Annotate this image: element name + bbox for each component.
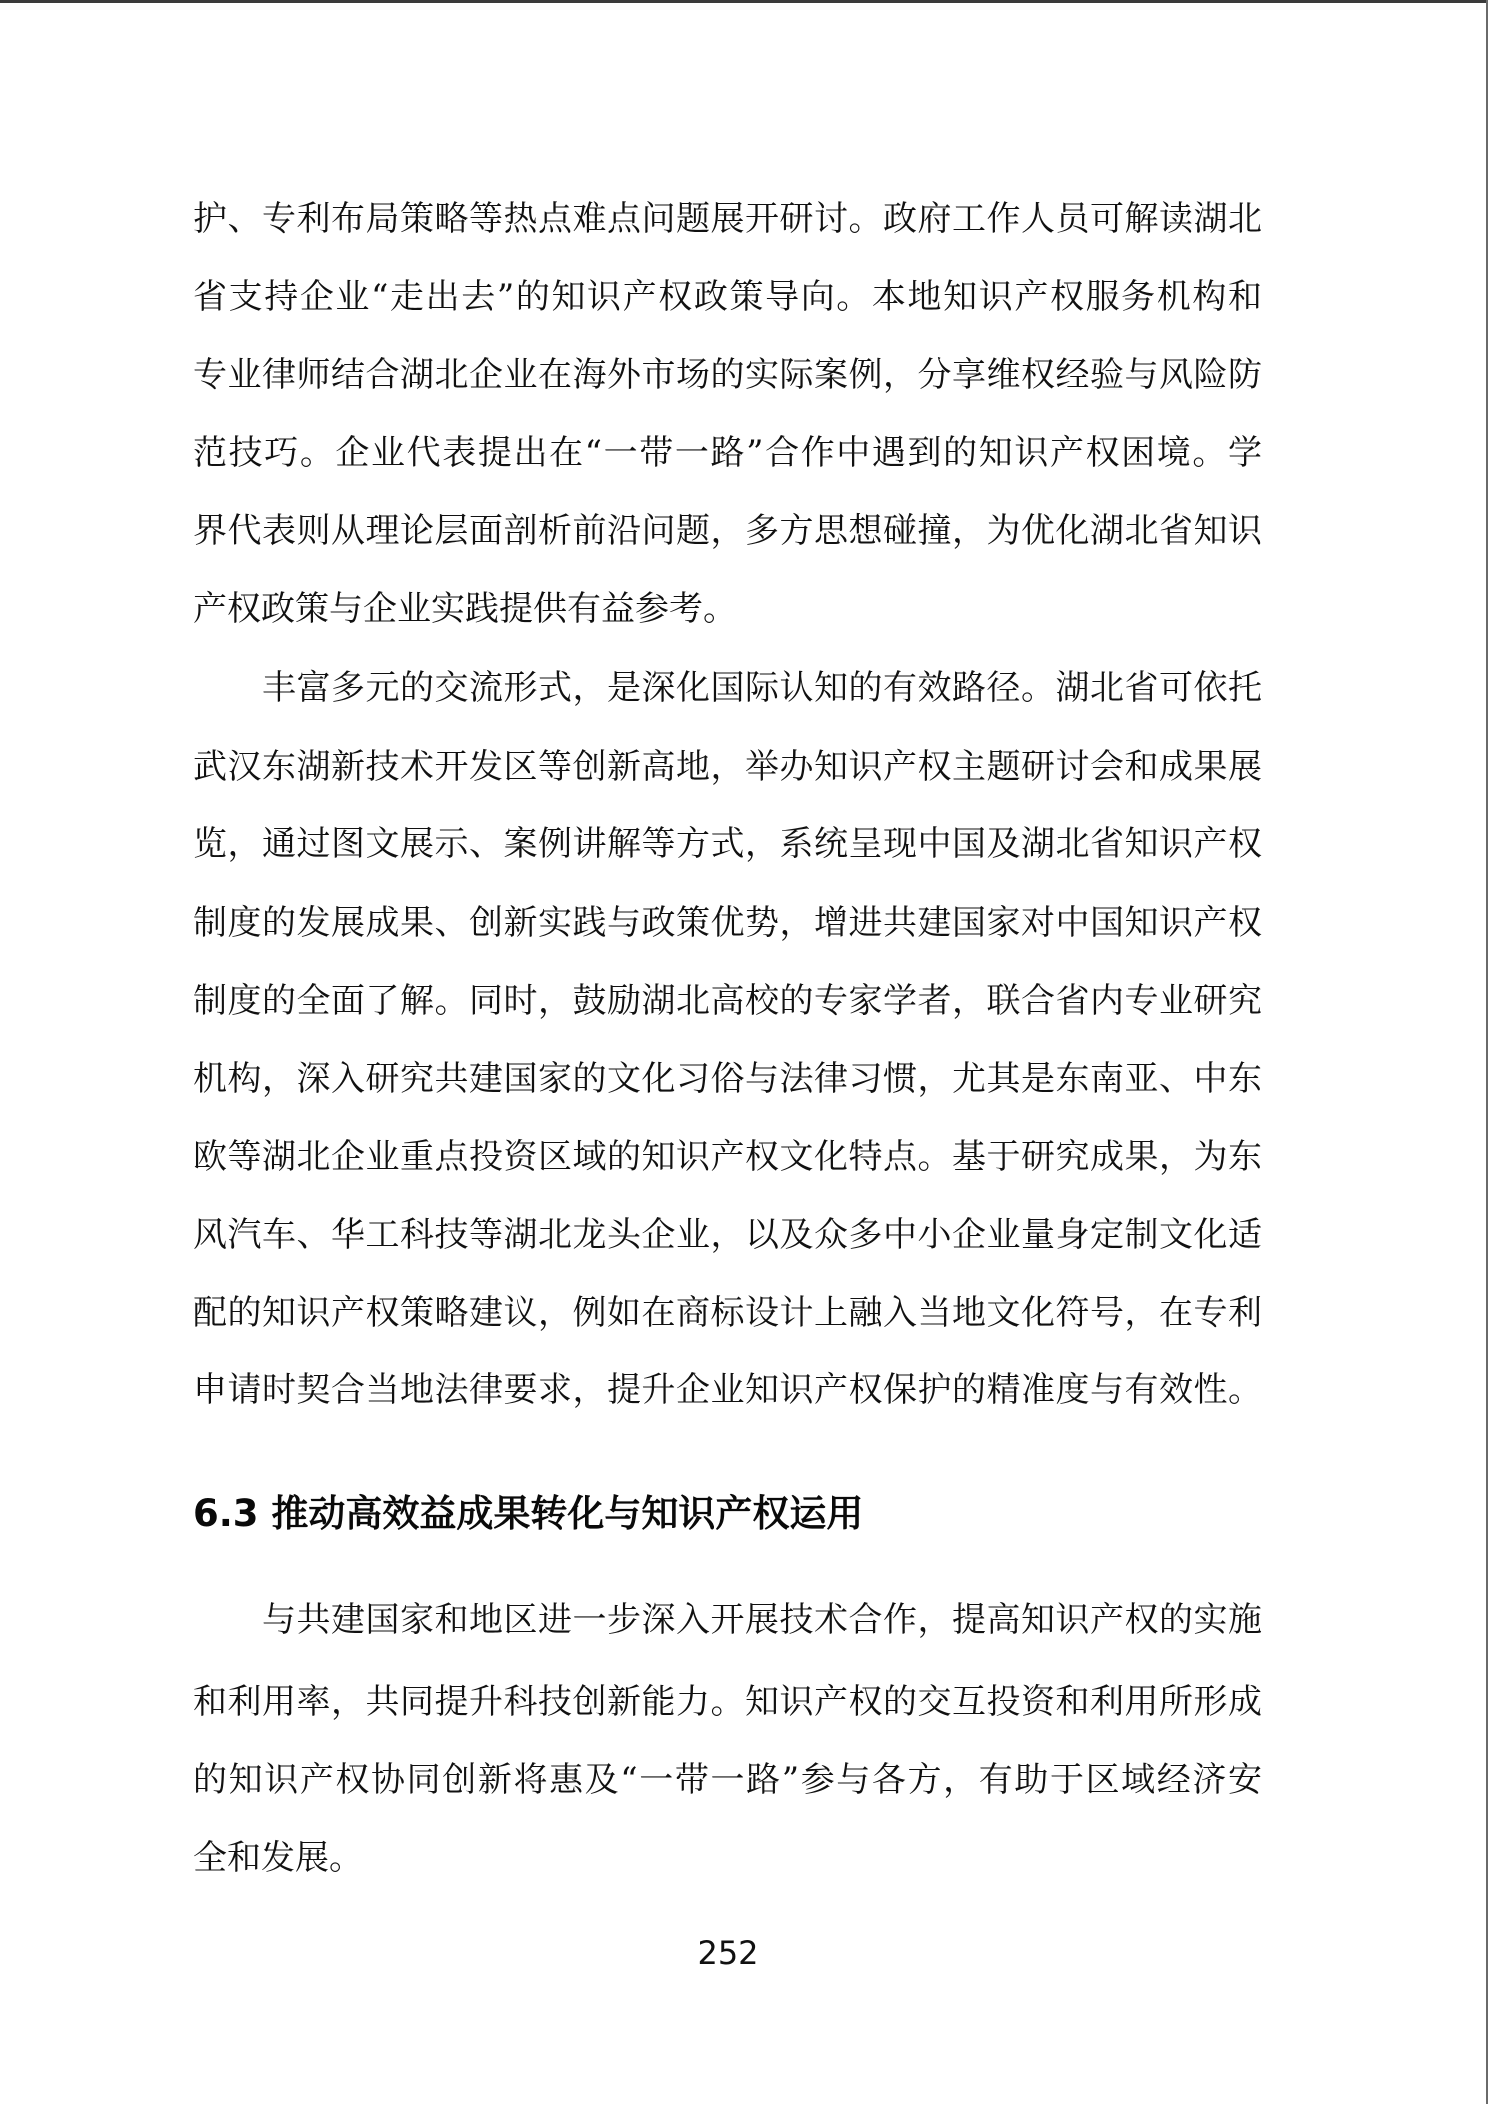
page-top-border: [0, 0, 1488, 3]
text-line: 全和发展。: [193, 1838, 363, 1878]
text-line: 和利用率，共同提升科技创新能力。知识产权的交互投资和利用所形成: [193, 1682, 1262, 1722]
text-line: 丰富多元的交流形式，是深化国际认知的有效路径。湖北省可依托: [262, 668, 1262, 708]
text-line: 产权政策与企业实践提供有益参考。: [193, 589, 737, 629]
text-line: 制度的发展成果、创新实践与政策优势，增进共建国家对中国知识产权: [193, 903, 1262, 943]
text-line: 配的知识产权策略建议，例如在商标设计上融入当地文化符号，在专利: [193, 1293, 1262, 1333]
text-line: 的知识产权协同创新将惠及“一带一路”参与各方，有助于区域经济安: [193, 1760, 1262, 1800]
text-line: 护、专利布局策略等热点难点问题展开研讨。政府工作人员可解读湖北: [193, 199, 1262, 239]
text-line: 申请时契合当地法律要求，提升企业知识产权保护的精准度与有效性。: [193, 1370, 1262, 1410]
section-heading: 6.3 推动高效益成果转化与知识产权运用: [193, 1492, 863, 1536]
text-line: 范技巧。企业代表提出在“一带一路”合作中遇到的知识产权困境。学: [193, 433, 1262, 473]
text-line: 专业律师结合湖北企业在海外市场的实际案例，分享维权经验与风险防: [193, 355, 1262, 395]
text-line: 览，通过图文展示、案例讲解等方式，系统呈现中国及湖北省知识产权: [193, 824, 1262, 864]
text-line: 制度的全面了解。同时，鼓励湖北高校的专家学者，联合省内专业研究: [193, 981, 1262, 1021]
text-line: 省支持企业“走出去”的知识产权政策导向。本地知识产权服务机构和: [193, 277, 1262, 317]
text-line: 武汉东湖新技术开发区等创新高地，举办知识产权主题研讨会和成果展: [193, 747, 1262, 787]
text-line: 机构，深入研究共建国家的文化习俗与法律习惯，尤其是东南亚、中东: [193, 1059, 1262, 1099]
text-line: 界代表则从理论层面剖析前沿问题，多方思想碰撞，为优化湖北省知识: [193, 511, 1262, 551]
page-number: 252: [0, 1934, 1456, 1972]
text-line: 与共建国家和地区进一步深入开展技术合作，提高知识产权的实施: [262, 1600, 1262, 1640]
text-line: 风汽车、华工科技等湖北龙头企业，以及众多中小企业量身定制文化适: [193, 1215, 1262, 1255]
text-line: 欧等湖北企业重点投资区域的知识产权文化特点。基于研究成果，为东: [193, 1137, 1262, 1177]
